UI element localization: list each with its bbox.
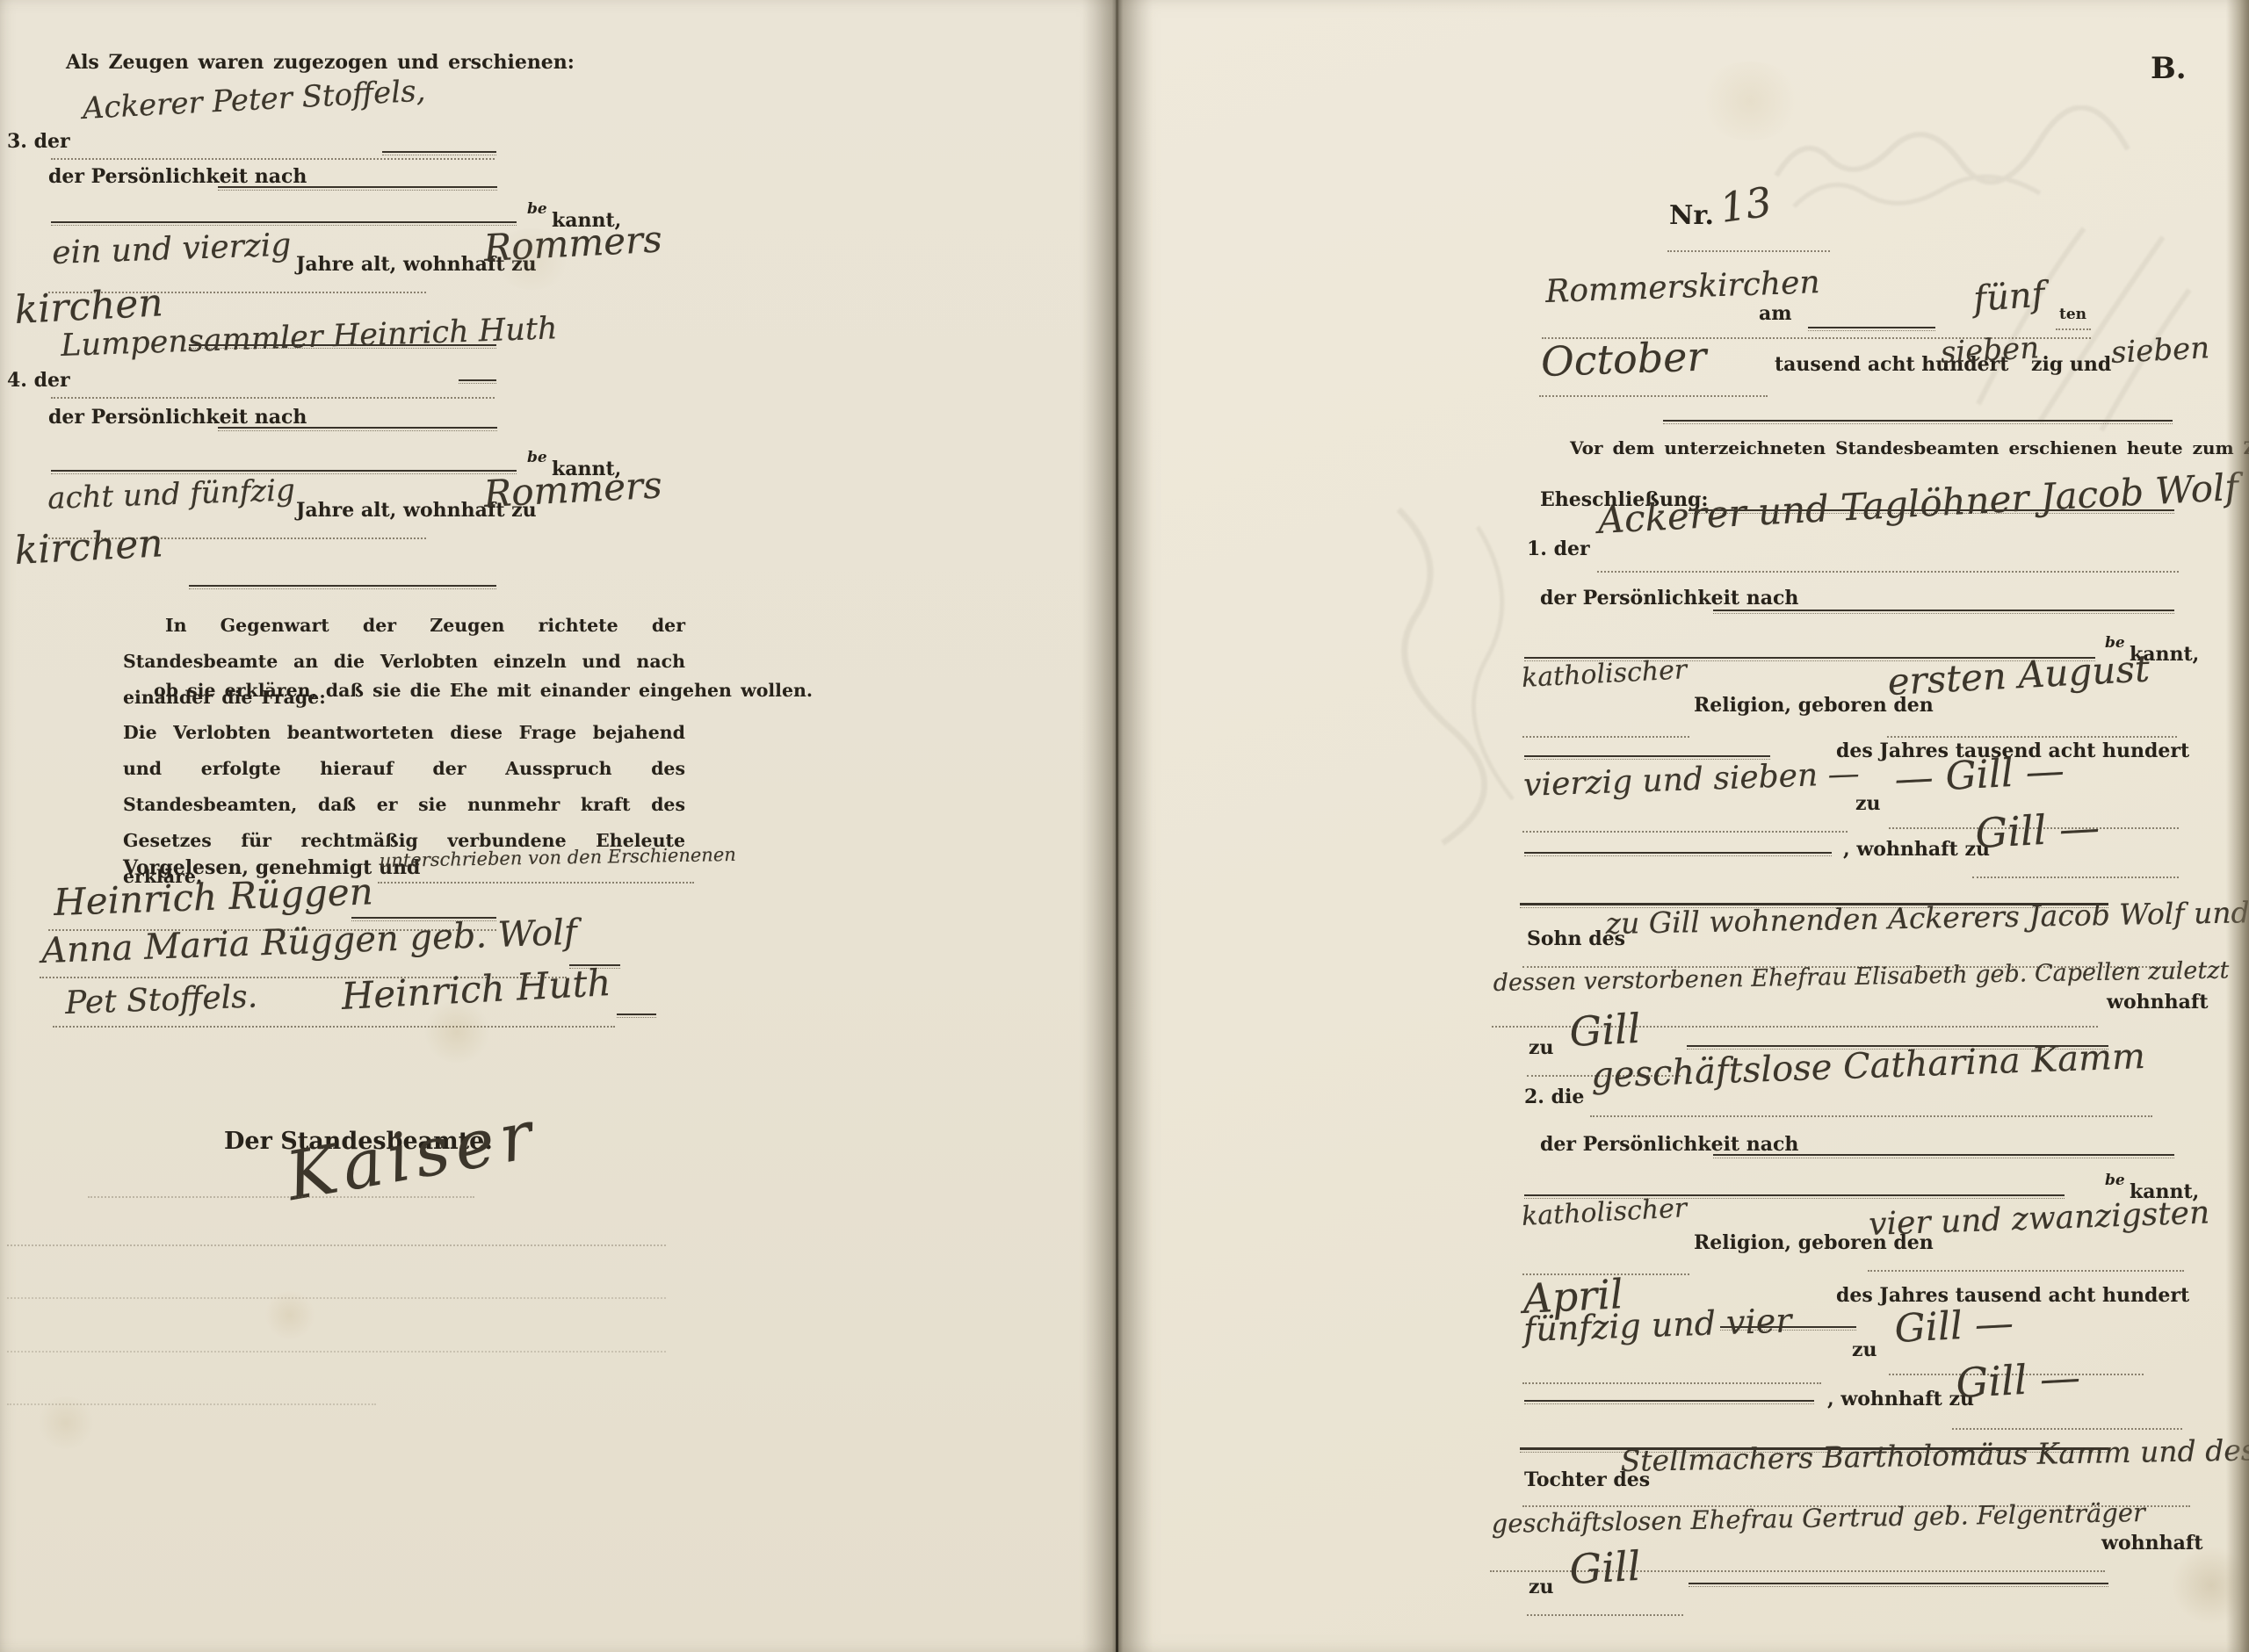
dotted-line	[88, 1196, 474, 1198]
groom-birthdate-handwritten: ersten August	[1886, 646, 2151, 703]
dotted-line	[1522, 831, 1848, 833]
witness4-identity-label: der Persönlichkeit nach	[48, 406, 307, 429]
witness3-number-label: 3. der	[7, 130, 70, 153]
witness3-be-label: be	[527, 200, 547, 218]
form-line	[1808, 327, 1935, 328]
record-number-handwritten: 13	[1717, 177, 1774, 232]
bride-identity-label: der Persönlichkeit nach	[1540, 1133, 1798, 1156]
groom-birthyear-handwritten: vierzig und sieben —	[1523, 756, 1861, 804]
groom-wohnhaft-label: , wohnhaft zu	[1843, 838, 1990, 861]
form-line	[1689, 1583, 2108, 1584]
bleed-through-mark	[1768, 105, 2137, 220]
dotted-line	[1597, 571, 2179, 573]
dotted-line	[51, 397, 495, 399]
page-corner-label: B.	[2151, 51, 2187, 86]
form-line	[189, 585, 496, 587]
page-edge-right	[2226, 0, 2249, 1652]
dotted-line	[1539, 395, 1768, 397]
dotted-line	[1887, 736, 2177, 738]
form-line	[617, 1014, 656, 1015]
dotted-line	[1972, 876, 2179, 878]
form-line	[1713, 610, 2174, 611]
record-month-handwritten: October	[1540, 332, 1707, 386]
dotted-line	[1522, 736, 1689, 738]
bride-name-handwritten: geschäftslose Catharina Kamm	[1590, 1036, 2145, 1096]
dotted-line	[7, 1351, 666, 1353]
record-number-label: Nr.	[1669, 200, 1714, 231]
dotted-line	[7, 1244, 666, 1246]
form-line	[218, 427, 497, 429]
declaration-paragraph-b: ob sie erklären, daß sie die Ehe mit ein…	[154, 680, 813, 701]
form-line	[459, 379, 496, 381]
dotted-line	[1522, 1382, 1821, 1384]
am-label: am	[1759, 302, 1792, 325]
witness3-age-handwritten: ein und vierzig	[52, 227, 292, 271]
witness4-number-label: 4. der	[7, 369, 70, 392]
bride-birthdate-handwritten: vier und zwanzigsten	[1869, 1194, 2210, 1243]
groom-identity-label: der Persönlichkeit nach	[1540, 587, 1798, 610]
bride-jahres-label: des Jahres tausend acht hundert	[1836, 1284, 2189, 1307]
book-gutter-fold-line	[1116, 0, 1118, 1652]
groom-number-label: 1. der	[1527, 537, 1590, 560]
groom-birthplace-handwritten: — Gill —	[1893, 748, 2065, 802]
bride-residence-handwritten: Gill —	[1955, 1353, 2081, 1407]
form-line	[1524, 1194, 2065, 1196]
dotted-line	[7, 1297, 666, 1299]
bride-parents-residence-handwritten: Gill	[1568, 1542, 1642, 1593]
ten-suffix-label: ten	[2059, 306, 2086, 323]
zig-und-label: zig und	[2031, 353, 2111, 376]
groom-zu2-label: zu	[1529, 1036, 1554, 1059]
bride-number-label: 2. die	[1524, 1086, 1584, 1108]
witness3-name-handwritten: Ackerer Peter Stoffels,	[82, 74, 426, 126]
record-day-handwritten: fünf	[1972, 274, 2046, 320]
form-line	[1524, 1400, 1814, 1402]
dotted-line	[1667, 250, 1830, 252]
signature-witness4: Heinrich Huth	[340, 961, 611, 1018]
bride-zu2-label: zu	[1529, 1576, 1554, 1598]
dotted-line	[1952, 1428, 2182, 1430]
groom-name-handwritten: Ackerer und Taglöhner Jacob Wolf	[1596, 465, 2239, 542]
bride-parents-line2-handwritten: geschäftslosen Ehefrau Gertrud geb. Felg…	[1491, 1497, 2145, 1539]
form-line	[382, 151, 496, 153]
groom-zu-label: zu	[1855, 792, 1881, 815]
form-line	[1524, 755, 1770, 757]
dotted-line	[53, 1026, 615, 1028]
dotted-line	[378, 882, 694, 884]
bride-parents-line1-handwritten: Stellmachers Bartholomäus Kamm und desse…	[1620, 1432, 2249, 1478]
witness4-residence2-handwritten: kirchen	[13, 521, 164, 574]
witness3-residence-handwritten: Rommers	[482, 217, 662, 270]
groom-wohnhaft2-label: wohnhaft	[2107, 991, 2208, 1014]
form-line	[51, 221, 517, 223]
groom-parents-line1-handwritten: zu Gill wohnenden Ackerers Jacob Wolf un…	[1605, 895, 2249, 941]
groom-parents-residence-handwritten: Gill	[1568, 1005, 1642, 1056]
dotted-line	[1868, 1270, 2184, 1272]
form-line	[51, 470, 517, 472]
form-line	[1524, 852, 1832, 854]
bride-birthplace-handwritten: Gill —	[1893, 1301, 2014, 1352]
witness3-identity-label: der Persönlichkeit nach	[48, 165, 307, 188]
paper-stain	[1697, 61, 1803, 141]
dotted-line	[1527, 1614, 1683, 1616]
left-page: Als Zeugen waren zugezogen und erschiene…	[0, 0, 1117, 1652]
intro-line: Vor dem unterzeichneten Standesbeamten e…	[1570, 437, 2249, 458]
form-line	[218, 186, 497, 188]
dotted-line	[7, 1403, 376, 1405]
record-year-handwritten-2: sieben	[2110, 330, 2210, 371]
signature-groom: Heinrich Rüggen	[53, 869, 373, 924]
record-year-handwritten-1: sieben	[1940, 330, 2040, 371]
signature-witness3: Pet Stoffels.	[65, 978, 258, 1021]
bride-wohnhaft-label: , wohnhaft zu	[1827, 1388, 1974, 1410]
form-line	[1713, 1154, 2174, 1156]
groom-residence-handwritten: Gill —	[1974, 804, 2101, 857]
bride-birthyear-handwritten: fünfzig und vier	[1522, 1301, 1792, 1349]
bride-zu-label: zu	[1852, 1338, 1877, 1361]
witness4-residence-handwritten: Rommers	[482, 463, 662, 516]
witness-section-header: Als Zeugen waren zugezogen und erschiene…	[66, 51, 575, 74]
bride-wohnhaft2-label: wohnhaft	[2101, 1532, 2202, 1555]
register-spread: { "left_page": { "witness_header": "Als …	[0, 0, 2249, 1652]
dotted-line	[2056, 328, 2091, 330]
dotted-line	[51, 158, 495, 160]
right-page: B. Nr. 13 Rommerskirchen am fünf ten Oct…	[1117, 0, 2249, 1652]
witness4-age-handwritten: acht und fünfzig	[47, 473, 296, 516]
bride-be-label: be	[2105, 1172, 2125, 1189]
witness4-be-label: be	[527, 449, 547, 466]
form-line	[1663, 420, 2173, 422]
dotted-line	[1590, 1115, 2152, 1117]
